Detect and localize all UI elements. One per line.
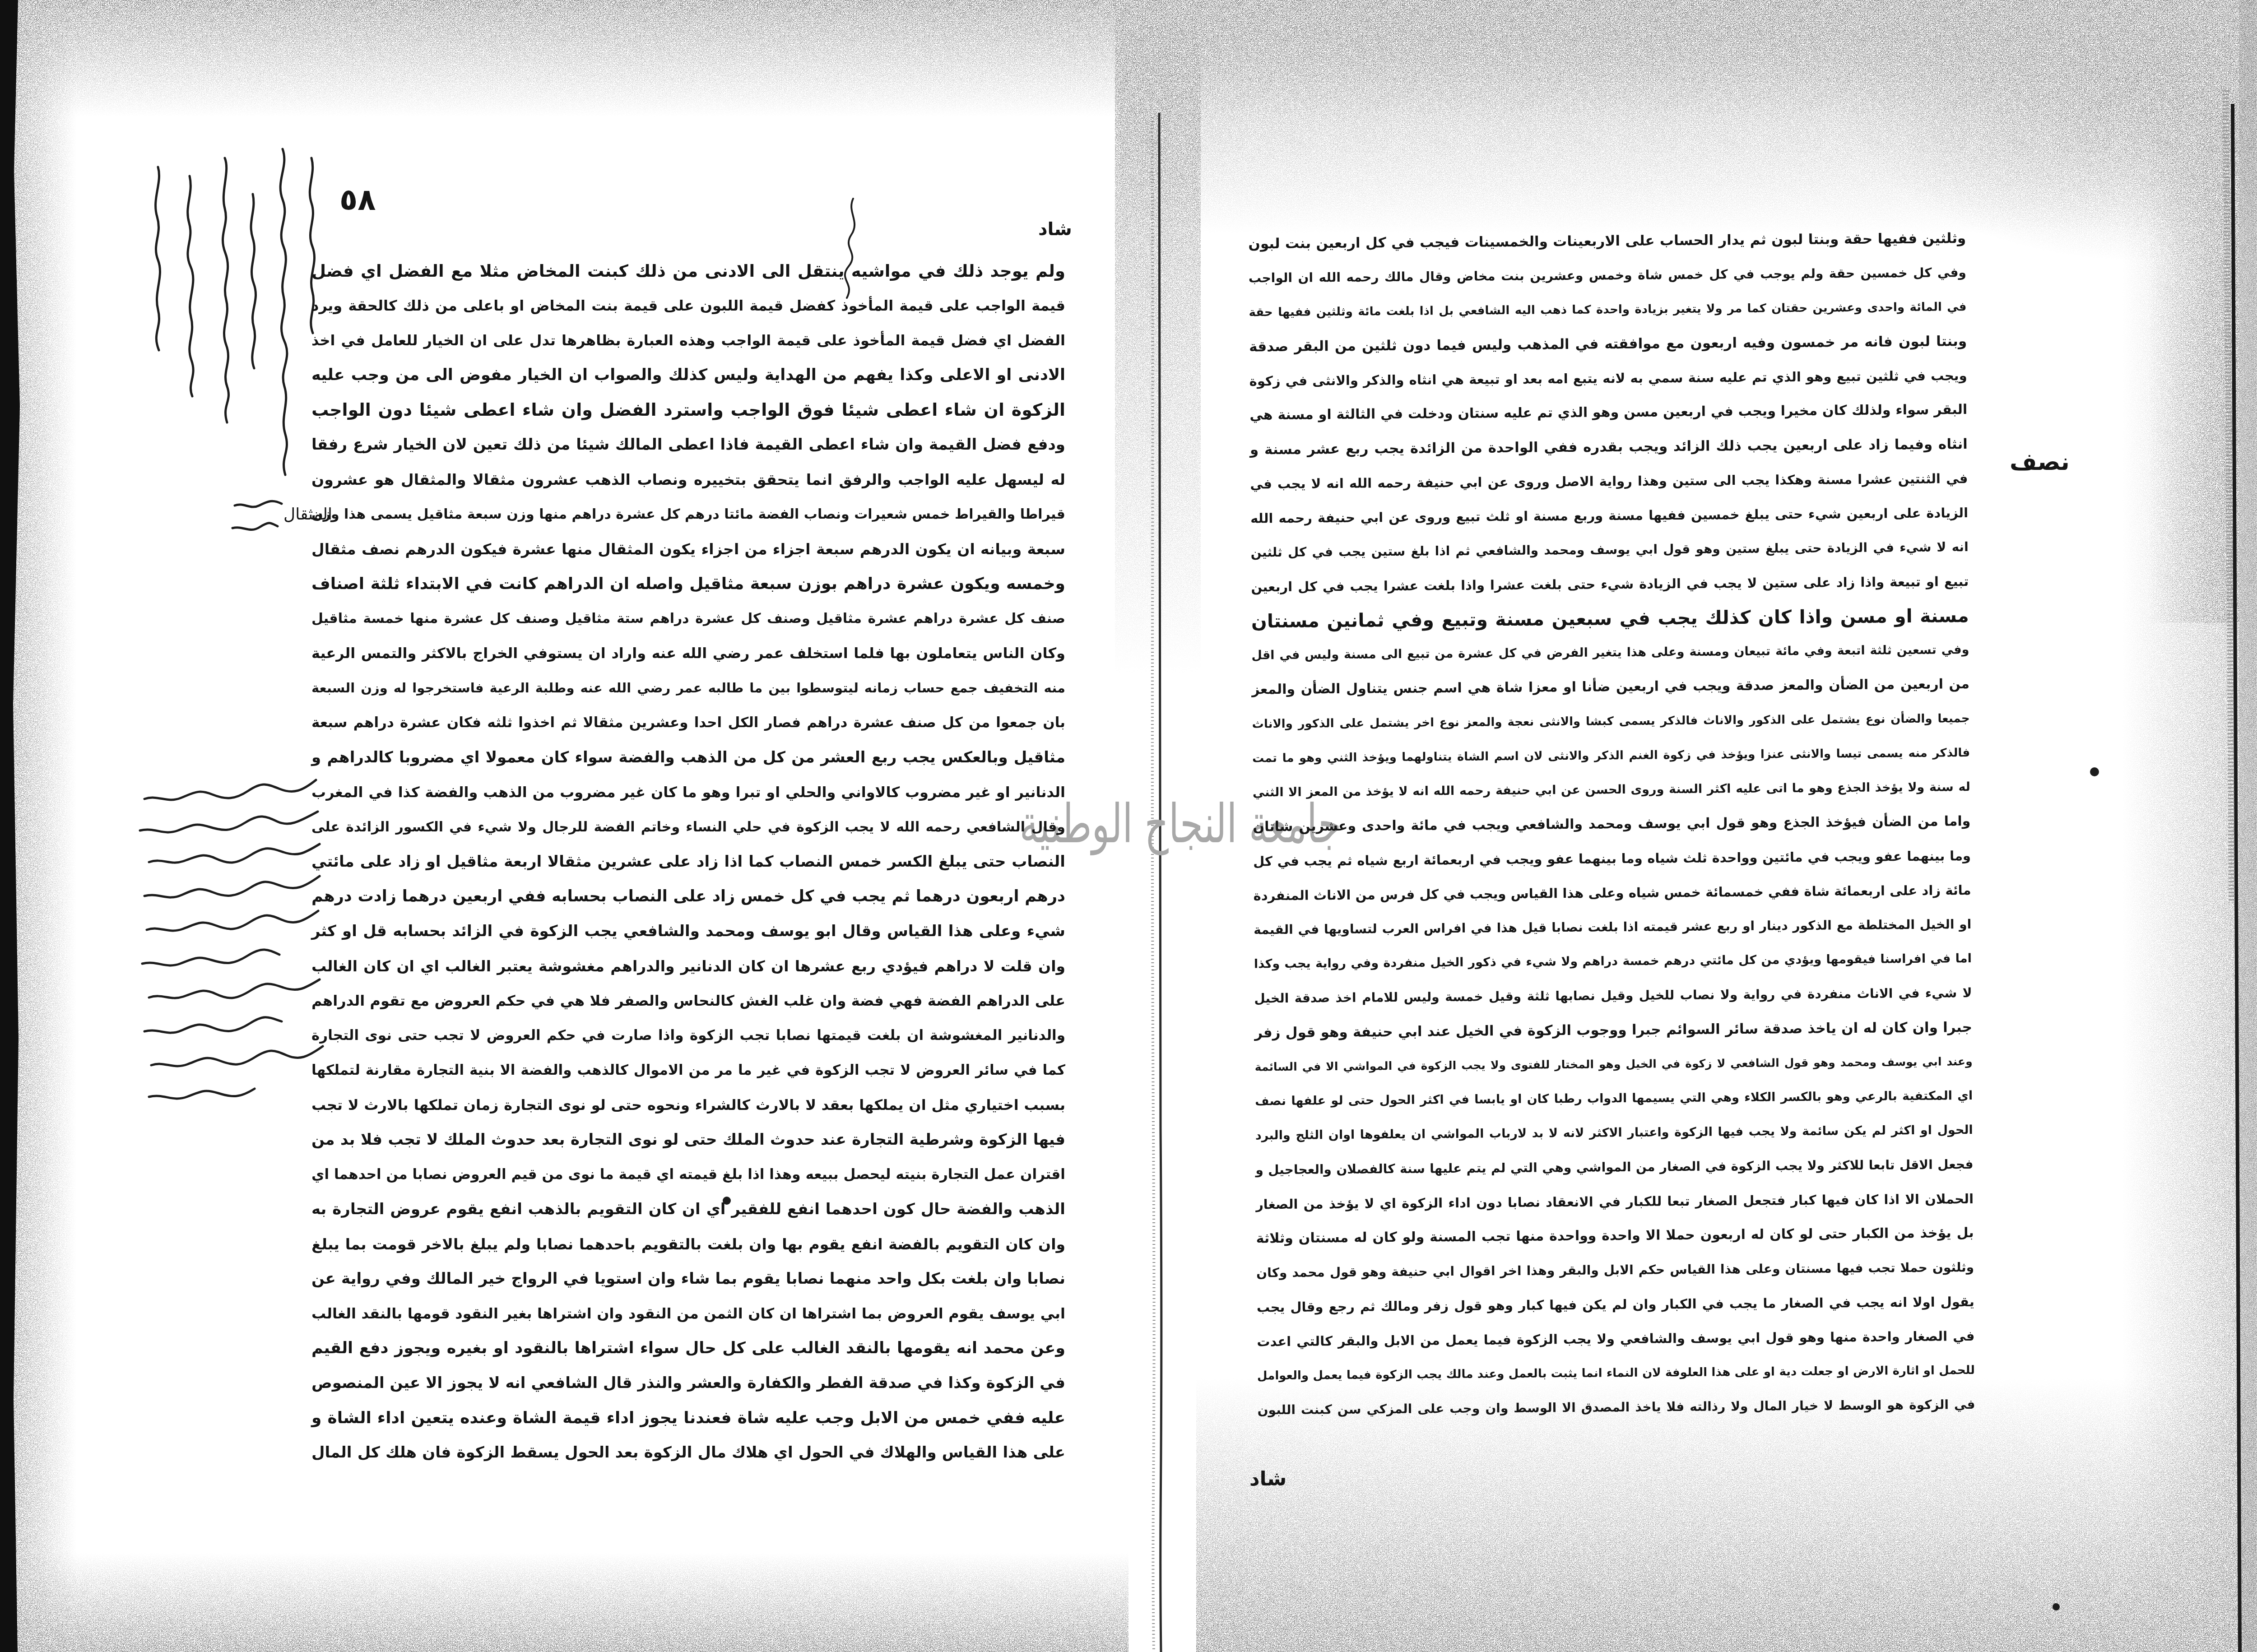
text-line: صنف كل عشرة دراهم عشرة مثاقيل وصنف كل عش… — [311, 601, 1065, 636]
text-line: ولم يوجد ذلك في مواشيه ينتقل الى الادنى … — [311, 254, 1065, 288]
text-line: له سنة ولا يؤخذ الجذع وهو ما اتى عليه اك… — [1253, 770, 1971, 810]
text-line: كما في سائر العروض لا تجب الزكوة في غير … — [311, 1053, 1065, 1088]
catchword: شاد — [1249, 1463, 1286, 1495]
text-line: ويجب في ثلثين تبيع وهو الذي تم عليه سنة … — [1249, 358, 1967, 398]
text-line: فجعل الاقل تابعا للاكثر ولا يجب الزكوة ف… — [1255, 1147, 1974, 1187]
text-line: الذهب والفضة حال كون احدهما انفع للفقير … — [311, 1192, 1065, 1227]
text-line: البقر سواء ولذلك كان مخيرا ويجب في اربعي… — [1249, 393, 1968, 432]
text-line: وقال الشافعي رحمه الله لا يجب الزكوة في … — [311, 810, 1065, 845]
text-line: شيء وعلى هذا القياس وقال ابو يوسف ومحمد … — [311, 914, 1065, 949]
text-line: على الدراهم الفضة فهي فضة وان غلب الغش ك… — [311, 984, 1065, 1018]
text-line: وعن محمد انه يقومها بالنقد الغالب على كل… — [311, 1331, 1065, 1366]
text-line: وبنتا لبون فانه مر خمسون وفيه اربعون مع … — [1249, 324, 1967, 364]
text-line: الادنى او الاعلى وكذا يفهم من الهداية ول… — [311, 358, 1065, 393]
text-line: على هذا القياس والهلاك في الحول اي هلاك … — [311, 1435, 1065, 1470]
text-line: الزيادة على اربعين شيء حتى يبلغ خمسين فف… — [1250, 496, 1969, 535]
text-line: الدنانير او غير مضروب كالاواني والحلي او… — [311, 775, 1065, 810]
text-line: اقتران عمل التجارة بنيته ليحصل ببيعه وهذ… — [311, 1157, 1065, 1192]
text-line: لا شيء في الاناث منفردة في رواية ولا نصا… — [1254, 976, 1972, 1016]
text-line: وما بينهما عفو ويجب في مائتين وواحدة ثلث… — [1253, 839, 1971, 878]
text-line: اي المكتفية بالرعي وهو بالكسر الكلاء وهي… — [1255, 1079, 1973, 1118]
text-line: الحول او اكثر لم يكن سائمة ولا يجب فيها … — [1255, 1113, 1974, 1153]
text-line: اما في افراسنا فيقومها ويؤدي من كل مائتي… — [1254, 942, 1972, 981]
margin-note: نصف — [2010, 444, 2070, 480]
text-line: بل يؤخذ من الكبار حتى لو كان له اربعون ح… — [1256, 1216, 1974, 1256]
text-line: وفي كل خمسين حقة ولم يوجب في كل خمس شاة … — [1249, 255, 1967, 295]
text-line: النصاب حتى يبلغ الكسر خمس النصاب كما اذا… — [311, 845, 1065, 879]
text-line: وكان الناس يتعاملون بها فلما استخلف عمر … — [311, 636, 1065, 671]
text-line: سبعة وبيانه ان يكون الدرهم سبعة اجزاء من… — [311, 532, 1065, 566]
text-line: جبرا وان كان له ان ياخذ صدقة سائر السوائ… — [1254, 1010, 1973, 1050]
text-line: فالذكر منه يسمى تيسا والانثى عنزا ويؤخذ … — [1252, 736, 1970, 775]
left-page-text: ولم يوجد ذلك في مواشيه ينتقل الى الادنى … — [311, 254, 1065, 1470]
text-line: للحمل او اثارة الارض او جعلت دية او على … — [1257, 1353, 1975, 1393]
text-line: فيها الزكوة وشرطية التجارة عند حدوث المل… — [311, 1123, 1065, 1157]
text-line: وثلثون حملا تجب فيها مسنتان وعلى هذا الق… — [1256, 1250, 1974, 1290]
text-line: جميعا والضأن نوع يشتمل على الذكور والانا… — [1252, 701, 1970, 741]
text-line: تبيع او تبيعة واذا زاد على ستين لا يجب ف… — [1251, 564, 1969, 604]
text-line: نصابا وان بلغت بكل واحد منهما نصابا يقوم… — [311, 1262, 1065, 1296]
text-line: وفي تسعين ثلثة اتبعة وفي مائة تبيعان ومس… — [1251, 633, 1969, 673]
text-line: قيراطا والقيراط خمس شعيرات ونصاب الفضة م… — [311, 497, 1065, 532]
text-line: في الزكوة وكذا في صدقة الفطر والكفارة وا… — [311, 1366, 1065, 1401]
text-line: مسنة او مسن واذا كان كذلك يجب في سبعين م… — [1251, 599, 1969, 638]
text-line: ودفع فضل القيمة وان شاء اعطى القيمة فاذا… — [311, 427, 1065, 462]
top-note: شاد — [1038, 216, 1072, 243]
text-line: والدنانير المغشوشة ان بلغت قيمتها نصابا … — [311, 1018, 1065, 1053]
text-line: منه التخفيف جمع حساب زمانه ليتوسطوا بين … — [311, 671, 1065, 705]
text-line: او الخيل المختلطة مع الذكور دينار او ربع… — [1254, 907, 1972, 947]
text-line: في الصغار واحدة منها وهو قول ابي يوسف وا… — [1257, 1319, 1975, 1359]
text-line: من اربعين من الضأن والمعز صدقة ويجب في ا… — [1252, 667, 1970, 707]
text-line: وعند ابي يوسف ومحمد وهو قول الشافعي لا ز… — [1254, 1044, 1973, 1084]
text-line: الفضل اي فضل قيمة المأخوذ على قيمة الواج… — [311, 323, 1065, 358]
text-line: في المائة واحدى وعشرين حقتان كما مر ولا … — [1249, 290, 1967, 329]
text-line: درهم اربعون درهما ثم يجب في كل خمس زاد ع… — [311, 879, 1065, 914]
text-line: وان كان التقويم بالفضة انفع يقوم بها وان… — [311, 1227, 1065, 1262]
text-line: الحملان الا اذا كان فيها كبار فتجعل الصغ… — [1256, 1182, 1974, 1221]
text-line: ابي يوسف يقوم العروض بما اشتراها ان كان … — [311, 1296, 1065, 1331]
text-line: بسبب اختياري مثل ان يملكها بعقد لا بالار… — [311, 1088, 1065, 1123]
text-line: مائة زاد على اربعمائة شاة ففي خمسمائة خم… — [1253, 873, 1971, 913]
text-line: الزكوة ان شاء اعطى شيئا فوق الواجب واستر… — [311, 393, 1065, 427]
text-line: بان جمعوا من كل صنف عشرة دراهم فصار الكل… — [311, 705, 1065, 740]
text-line: وان قلت لا دراهم فيؤدي ربع عشرها ان كان … — [311, 949, 1065, 984]
text-line: في الثنتين عشرا مسنة وهكذا يجب الى ستين … — [1250, 461, 1968, 501]
text-line: مثاقيل وبالعكس يجب ربع العشر من كل من ال… — [311, 740, 1065, 775]
text-line: له ليسهل عليه الواجب والرفق انما يتحقق ب… — [311, 462, 1065, 497]
text-line: وثلثين ففيها حقة وبنتا لبون ثم يدار الحس… — [1248, 221, 1966, 261]
text-line: واما من الضأن فيؤخذ الجذع وهو قول ابي يو… — [1253, 804, 1971, 844]
text-line: قيمة الواجب على قيمة المأخوذ كفضل قيمة ا… — [311, 288, 1065, 323]
text-line: انثاه وفيما زاد على اربعين يجب ذلك الزائ… — [1250, 427, 1968, 467]
text-line: يقول اولا انه يجب في الصغار ما يجب في ال… — [1257, 1285, 1975, 1324]
page-number: ٥٨ — [339, 180, 376, 220]
text-line: عليه ففي خمس من الابل وجب عليه شاة فعندن… — [311, 1401, 1065, 1435]
text-line: انه لا شيء في الزيادة حتى يبلغ ستين وهو … — [1250, 530, 1969, 570]
text-line: وخمسه ويكون عشرة دراهم بوزن سبعة مثاقيل … — [311, 566, 1065, 601]
text-line: في الزكوة هو الوسط لا خيار المال ولا رذا… — [1257, 1387, 1975, 1427]
right-page-text: وثلثين ففيها حقة وبنتا لبون ثم يدار الحس… — [1248, 221, 1975, 1427]
